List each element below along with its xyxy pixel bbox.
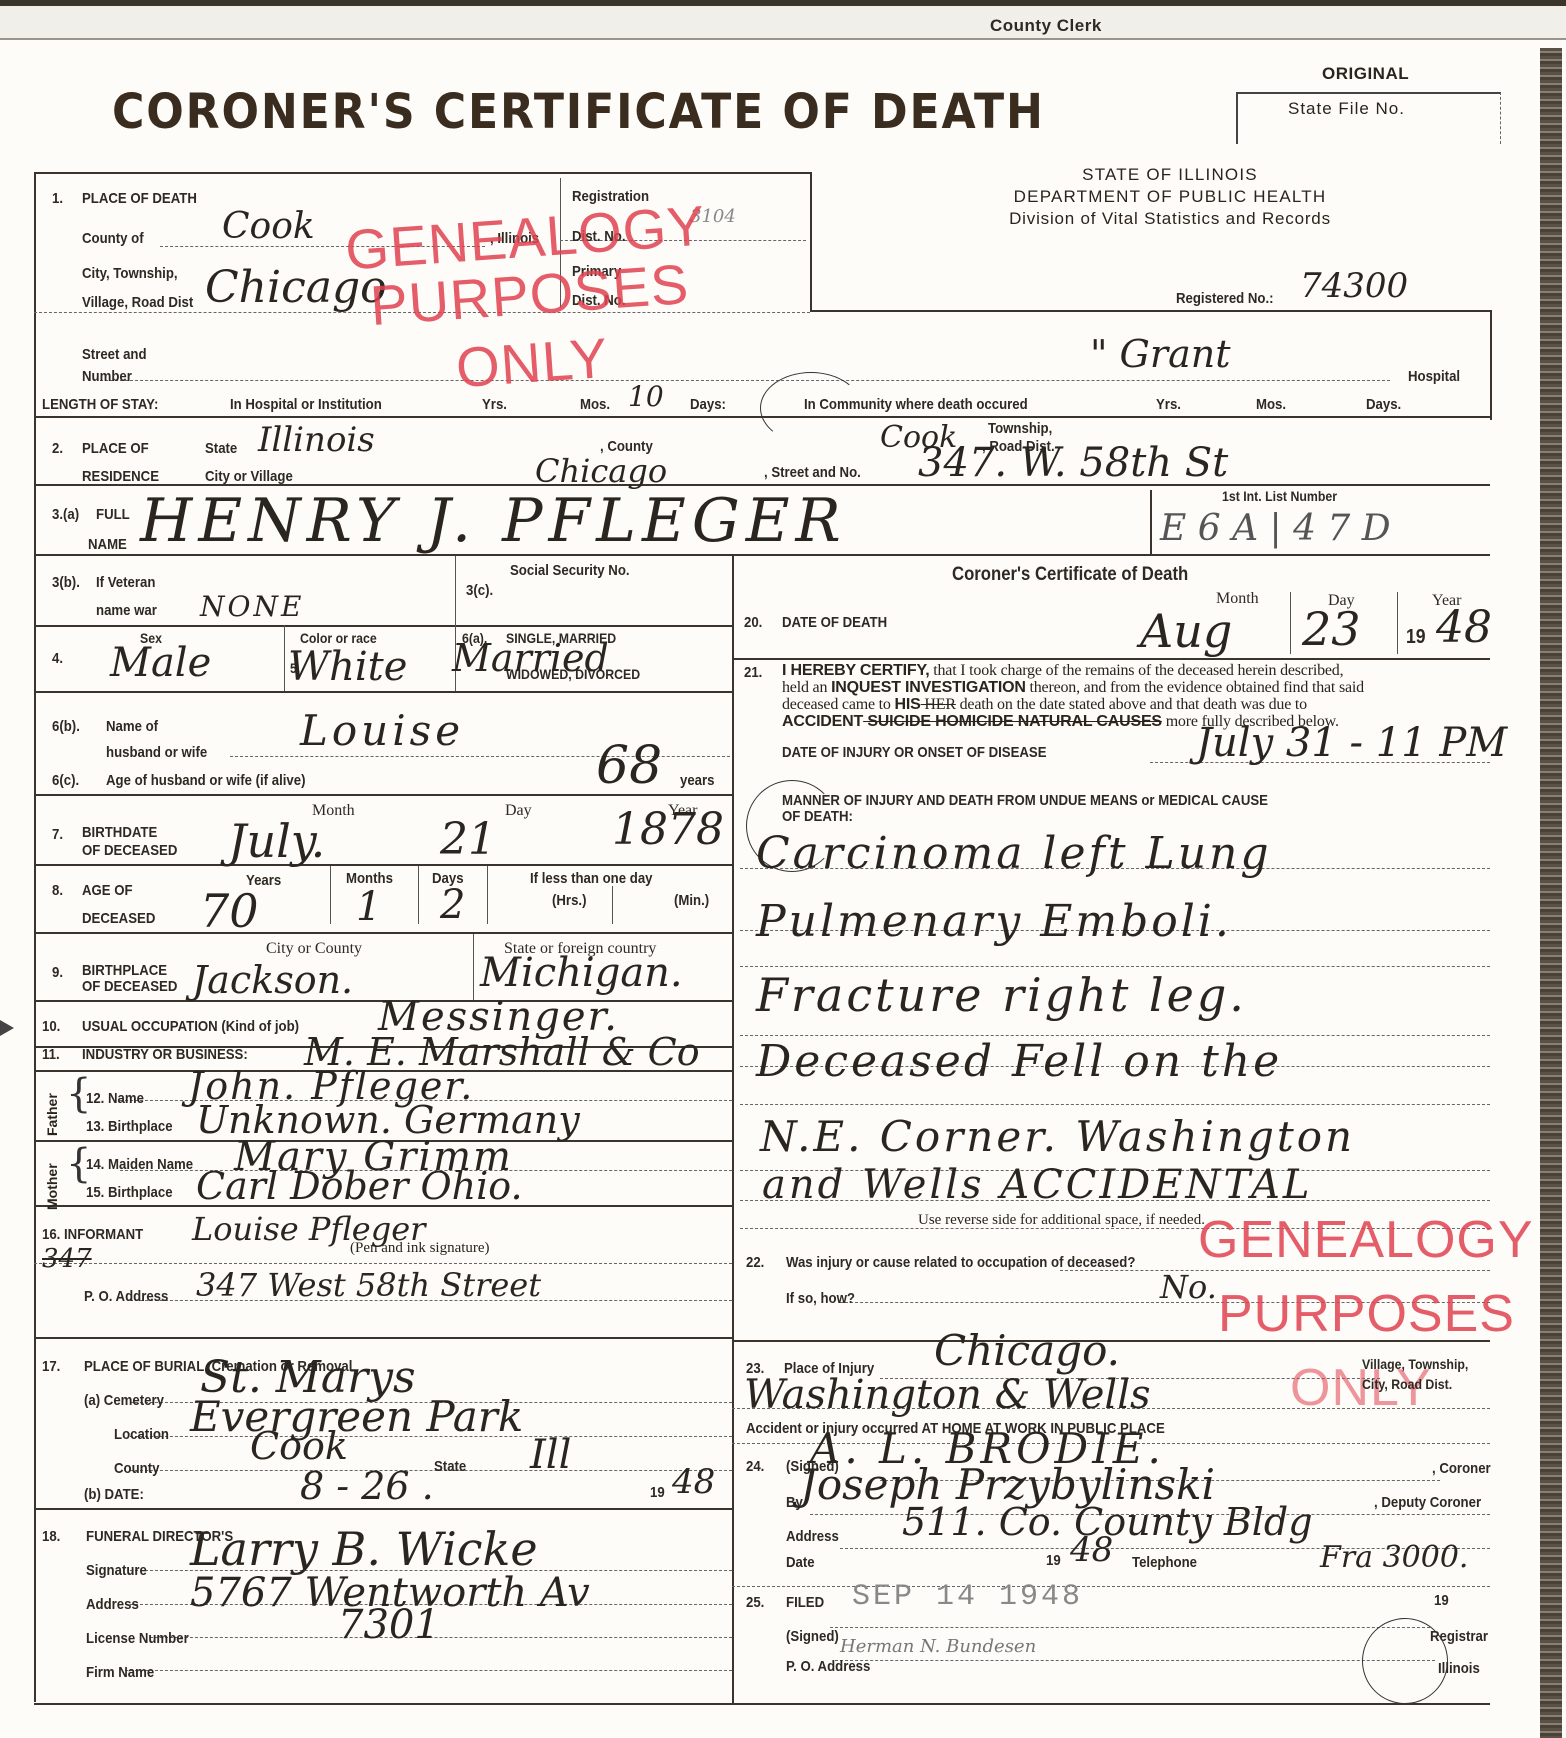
rule (34, 1508, 732, 1510)
age-label-2: DECEASED (82, 910, 155, 927)
genealogy-stamp-2-line1: GENEALOGY (1198, 1210, 1534, 1270)
birth-year-value: 1878 (612, 804, 724, 855)
reverse-side-note: Use reverse side for additional space, i… (918, 1212, 1205, 1229)
certify-bold: INQUEST INVESTIGATION (831, 679, 1026, 696)
rule (34, 625, 732, 627)
rule-v (1397, 592, 1398, 654)
street-label-1: Street and (82, 346, 147, 363)
item-number: 8. (52, 882, 63, 899)
spouse-name-value: Louise (300, 706, 464, 755)
rule-v (810, 172, 812, 310)
rule (835, 1660, 1435, 1661)
rule-v (1150, 490, 1152, 554)
rule (810, 310, 1490, 312)
occupation-related-value: No. (1160, 1268, 1217, 1306)
residence-city-value: Chicago (535, 452, 667, 490)
hospital-value: " Grant (1090, 332, 1230, 376)
injury-date-label: DATE OF INJURY OR ONSET OF DISEASE (782, 744, 1047, 761)
rule (150, 1637, 732, 1638)
mos-label: Mos. (580, 396, 610, 413)
rule (740, 966, 1490, 967)
yrs-label: Yrs. (482, 396, 507, 413)
informant-label: 16. INFORMANT (42, 1226, 143, 1243)
sex-value: Male (110, 640, 211, 686)
fd-signature-value: Larry B. Wicke (190, 1522, 538, 1576)
po-address-value: 347 West 58th Street (196, 1266, 541, 1304)
filed-year-prefix: 19 (1434, 1592, 1449, 1609)
coroner-label: , Coroner (1432, 1460, 1491, 1477)
item-number: 11. (42, 1046, 60, 1063)
seal-mark (1362, 1618, 1448, 1704)
birthplace-label-1: BIRTHPLACE (82, 962, 167, 979)
location-label: Location (114, 1426, 169, 1443)
street-no-label: , Street and No. (764, 464, 861, 481)
cause-line: and Wells ACCIDENTAL (762, 1162, 1312, 1208)
item-number: 6(b). (52, 718, 80, 735)
city-label-2: Village, Road Dist (82, 294, 193, 311)
location-value: Evergreen Park (190, 1392, 523, 1441)
veteran-label-2: name war (96, 602, 157, 619)
dod-month-value: Aug (1140, 604, 1232, 658)
telephone-value: Fra 3000. (1320, 1540, 1468, 1575)
occupation-label: USUAL OCCUPATION (Kind of job) (82, 1018, 299, 1035)
spouse-age-label: Age of husband or wife (if alive) (106, 772, 305, 789)
days-label: Days: (690, 396, 726, 413)
rule-v (418, 866, 419, 924)
item-number: 10. (42, 1018, 60, 1035)
dod-year-value: 48 (1436, 602, 1492, 653)
burial-county-value: Cook (250, 1424, 348, 1468)
cause-line: Deceased Fell on the (756, 1036, 1282, 1087)
registered-no-value: 74300 (1300, 266, 1408, 306)
cause-line: Fracture right leg. (756, 968, 1247, 1022)
mother-birthplace-label: 15. Birthplace (86, 1184, 173, 1201)
birth-day-value: 21 (440, 814, 496, 865)
full-name-label-1: FULL (96, 506, 130, 523)
rule (34, 1263, 732, 1264)
registered-no-label: Registered No.: (1176, 290, 1274, 307)
city-village-label: City or Village (205, 468, 293, 485)
rule (34, 1337, 732, 1339)
fd-address-label: Address (86, 1596, 139, 1613)
registrar-signed-label: (Signed) (786, 1628, 839, 1645)
residence-label-1: PLACE OF (82, 440, 149, 457)
registrar-signature: Herman N. Bundesen (840, 1636, 1036, 1657)
certify-bold: HIS (895, 696, 921, 713)
rule (732, 1586, 1490, 1587)
certify-bold: I HEREBY CERTIFY, (782, 662, 929, 679)
telephone-label: Telephone (1132, 1554, 1197, 1571)
genealogy-stamp-line3: ONLY (454, 325, 611, 400)
residence-label-2: RESIDENCE (82, 468, 159, 485)
item-number: 24. (746, 1458, 764, 1475)
industry-label: INDUSTRY OR BUSINESS: (82, 1046, 248, 1063)
rule (34, 932, 732, 934)
poi-type-label-1: Village, Township, (1362, 1356, 1468, 1372)
rule-v (284, 625, 285, 691)
full-name-value: HENRY J. PFLEGER (140, 486, 847, 556)
manner-label-1: MANNER OF INJURY AND DEATH FROM UNDUE ME… (782, 792, 1268, 809)
cemetery-label: (a) Cemetery (84, 1392, 164, 1409)
agency-division: Division of Vital Statistics and Records (940, 208, 1400, 230)
int-list-label: 1st Int. List Number (1222, 488, 1337, 504)
int-list-value: E 6 A | 4 7 D (1160, 508, 1391, 549)
mother-birthplace-value: Carl Dober Ohio. (196, 1164, 523, 1208)
county-clerk-label: County Clerk (990, 16, 1102, 36)
state-value: Illinois (258, 420, 375, 460)
frame-bottom (34, 1703, 1490, 1705)
rule (100, 380, 1390, 381)
age-months-value: 1 (356, 884, 381, 930)
mother-maiden-label: 14. Maiden Name (86, 1156, 193, 1173)
residence-street-value: 347. W. 58th St (918, 440, 1228, 486)
agency-state: STATE OF ILLINOIS (940, 164, 1400, 186)
coroner-date-label: Date (786, 1554, 815, 1571)
item-number: 6(c). (52, 772, 79, 789)
age-label-1: AGE OF (82, 882, 133, 899)
years-label: years (680, 772, 715, 789)
father-name-label: 12. Name (86, 1090, 144, 1107)
c-yrs-label: Yrs. (1156, 396, 1181, 413)
po-address-label: P. O. Address (84, 1288, 168, 1305)
signature-note: (Pen and ink signature) (350, 1240, 490, 1257)
coroner-heading: Coroner's Certificate of Death (952, 564, 1188, 586)
mother-side-label: Mother (44, 1163, 60, 1210)
rule-v (473, 934, 474, 1000)
registrar-po-label: P. O. Address (786, 1658, 870, 1675)
item-number: 7. (52, 826, 63, 843)
agency-department: DEPARTMENT OF PUBLIC HEALTH (940, 186, 1400, 208)
place-of-injury-value: Chicago. (934, 1326, 1120, 1375)
scan-right-edge (1540, 48, 1562, 1738)
item-number: 2. (52, 440, 63, 457)
county-label: County of (82, 230, 144, 247)
age-years-value: 70 (200, 884, 259, 938)
filed-stamp-value: SEP 14 1948 (852, 1580, 1083, 1614)
burial-date-label: (b) DATE: (84, 1486, 144, 1503)
ssn-label: Social Security No. (510, 562, 630, 579)
if-so-how-label: If so, how? (786, 1290, 855, 1307)
burial-county-label: County (114, 1460, 159, 1477)
item-number: 3.(a) (52, 506, 79, 523)
cause-line: Carcinoma left Lung (756, 828, 1272, 879)
certify-text: death on the date stated above and that … (956, 696, 1307, 713)
rule-v (612, 886, 613, 924)
township-label-1: Township, (988, 420, 1052, 437)
burial-state-label: State (434, 1458, 466, 1475)
hospital-label: Hospital (1408, 368, 1460, 385)
dod-day-value: 23 (1302, 602, 1361, 656)
item-number: 18. (42, 1528, 60, 1545)
document-title: CORONER'S CERTIFICATE OF DEATH (112, 84, 1045, 140)
birthplace-state-value: Michigan. (480, 950, 683, 996)
poi-type-label-2: City, Road Dist. (1362, 1376, 1452, 1392)
rule-v (487, 866, 488, 924)
rule (34, 172, 810, 174)
cause-line: N.E. Corner. Washington (760, 1112, 1355, 1161)
item-number: 1. (52, 190, 63, 207)
spouse-name-label-1: Name of (106, 718, 158, 735)
birth-month-value: July. (228, 814, 325, 868)
occupation-related-label: Was injury or cause related to occupatio… (786, 1254, 1135, 1271)
rule (830, 1627, 1430, 1628)
in-hospital-label: In Hospital or Institution (230, 396, 382, 413)
injury-date-value: July 31 - 11 PM (1196, 720, 1507, 766)
certify-text: held an (782, 679, 831, 696)
deputy-coroner-label: , Deputy Coroner (1374, 1494, 1481, 1511)
item-number: 4. (52, 650, 63, 667)
less-than-day-label: If less than one day (530, 870, 653, 887)
item-number: 9. (52, 964, 63, 981)
spouse-age-value: 68 (596, 736, 662, 796)
father-side-label: Father (44, 1093, 60, 1136)
in-community-label: In Community where death occured (804, 396, 1028, 413)
certify-struck: SUICIDE HOMICIDE NATURAL CAUSES (863, 713, 1162, 730)
frame-left (34, 172, 36, 1702)
mos-value: 10 (628, 380, 664, 413)
rule-v (1490, 310, 1492, 420)
date-of-death-label: DATE OF DEATH (782, 614, 887, 631)
item-number: 3(b). (52, 574, 80, 591)
coroner-address-label: Address (786, 1528, 839, 1545)
original-label: ORIGINAL (1322, 64, 1409, 84)
rule (740, 1104, 1490, 1105)
firm-name-label: Firm Name (86, 1664, 154, 1681)
scan-top-strip (0, 6, 1566, 40)
rule (732, 658, 1490, 660)
item-number: 22. (746, 1254, 764, 1271)
license-label: License Number (86, 1630, 189, 1647)
certify-struck: HER (921, 696, 956, 713)
item-number: 20. (744, 614, 762, 631)
age-days-value: 2 (440, 882, 465, 928)
burial-year-prefix: 19 (650, 1484, 665, 1501)
coroner-date-year-prefix: 19 (1046, 1552, 1061, 1569)
county-value: Cook (222, 206, 315, 247)
city-label-1: City, Township, (82, 265, 178, 282)
rule (125, 1670, 732, 1671)
street-label-2: Number (82, 368, 132, 385)
genealogy-stamp-2-line2: PURPOSES (1218, 1284, 1515, 1344)
min-label: (Min.) (674, 892, 709, 909)
item-number: 25. (746, 1594, 764, 1611)
state-file-no-label: State File No. (1288, 99, 1405, 119)
coroner-date-year: 48 (1070, 1530, 1113, 1570)
c-days-label: Days. (1366, 396, 1401, 413)
c-mos-label: Mos. (1256, 396, 1286, 413)
birthplace-label-2: OF DECEASED (82, 978, 177, 995)
column-divider (732, 554, 734, 1704)
burial-date-value: 8 - 26 . (300, 1464, 434, 1508)
hrs-label: (Hrs.) (552, 892, 586, 909)
veteran-value: NONE (200, 590, 304, 623)
fd-signature-label: Signature (86, 1562, 147, 1579)
spouse-name-label-2: husband or wife (106, 744, 207, 761)
rule-v (455, 556, 456, 626)
veteran-label-1: If Veteran (96, 574, 155, 591)
item-number: 17. (42, 1358, 60, 1375)
certify-bold: ACCIDENT (782, 713, 863, 730)
cause-line: Pulmenary Emboli. (756, 896, 1232, 947)
birthdate-label-2: OF DECEASED (82, 842, 177, 859)
race-value: White (288, 644, 407, 690)
burial-year-value: 48 (672, 1462, 715, 1502)
informant-struck-value: 347 (42, 1244, 92, 1274)
arrow-marker-icon (0, 1020, 14, 1036)
filed-label: FILED (786, 1594, 824, 1611)
rule-v (1290, 592, 1291, 654)
place-of-death-label: PLACE OF DEATH (82, 190, 197, 207)
day-label: Day (505, 802, 532, 820)
license-value: 7301 (338, 1602, 440, 1648)
burial-state-value: Ill (530, 1432, 571, 1478)
rule (34, 864, 732, 866)
length-of-stay-label: LENGTH OF STAY: (42, 396, 158, 413)
rule (34, 691, 732, 693)
full-name-label-2: NAME (88, 536, 127, 553)
marital-value: Married (452, 636, 609, 680)
certify-text: thereon, and from the evidence obtained … (1026, 679, 1364, 696)
place-of-injury-street: Washington & Wells (744, 1372, 1151, 1418)
birthplace-city-value: Jackson. (192, 958, 353, 1002)
certify-text: deceased came to (782, 696, 895, 713)
agency-block: STATE OF ILLINOIS DEPARTMENT OF PUBLIC H… (940, 164, 1400, 230)
birthdate-label-1: BIRTHDATE (82, 824, 157, 841)
certify-text: that I took charge of the remains of the… (929, 662, 1343, 679)
father-birthplace-label: 13. Birthplace (86, 1118, 173, 1135)
state-label: State (205, 440, 237, 457)
rule-v (330, 866, 331, 924)
dod-year-prefix: 19 (1406, 626, 1426, 649)
item-number: 21. (744, 664, 762, 681)
ssn-item: 3(c). (466, 582, 493, 599)
city-county-label: City or County (266, 940, 362, 958)
manner-label-2: OF DEATH: (782, 808, 853, 825)
